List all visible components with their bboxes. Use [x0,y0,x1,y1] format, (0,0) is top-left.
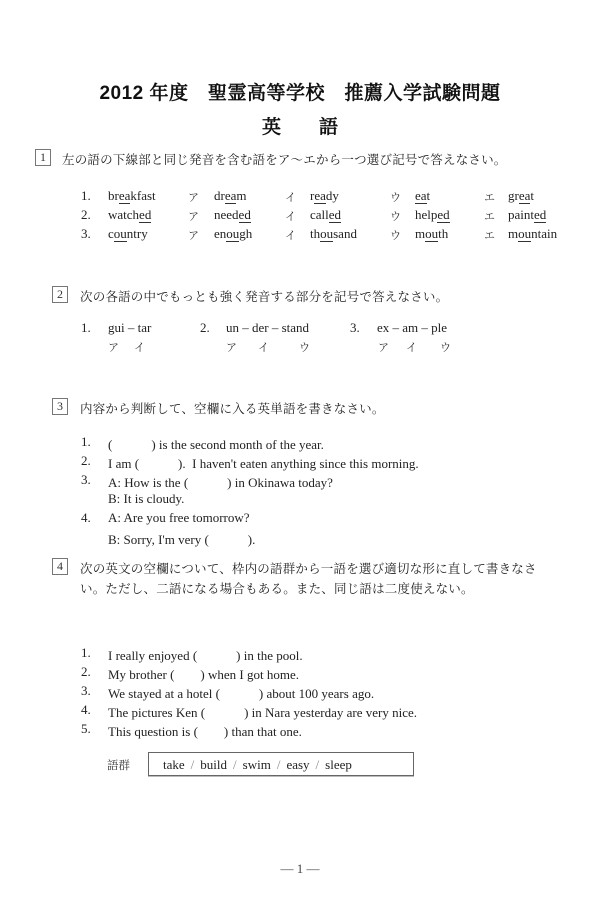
fill-in-sentence: I am ( ). I haven't eaten anything since… [108,453,419,472]
page-number: — 1 — [0,861,600,877]
question-1-row: 1. breakfast ア dream イ ready ウ eat エ gre… [0,188,600,206]
choice-label-a: ア [188,227,199,243]
item-number: 2. [81,664,91,680]
choice-label-i: イ [285,208,296,224]
dialogue-line-b: B: Sorry, I'm very ( ). [108,529,255,548]
choice-u: mouth [415,226,448,242]
word-bank-word: easy [286,757,309,772]
separator: / [185,757,201,772]
question-2-number: 2 [52,286,68,303]
choice-i: ready [310,188,339,204]
item-number: 4. [81,510,91,526]
fill-in-sentence: This question is ( ) than that one. [108,721,302,740]
target-word: breakfast [108,188,156,204]
choice-label-a: ア [188,208,199,224]
target-word: country [108,226,148,242]
item-number: 3. [81,683,91,699]
choice-label-u: ウ [390,227,401,243]
choice-e: mountain [508,226,557,242]
choice-label-e: エ [484,227,495,243]
syllable-label: ア [378,339,389,355]
choice-u: eat [415,188,430,204]
fill-in-sentence: My brother ( ) when I got home. [108,664,299,683]
question-4-number: 4 [52,558,68,575]
dialogue-line-a: A: Are you free tomorrow? [108,510,250,526]
choice-a: enough [214,226,252,242]
question-2-instruction: 次の各語の中でもっとも強く発音する部分を記号で答えなさい。 [80,287,448,305]
word-bank-word: take [163,757,185,772]
word-bank-word: sleep [325,757,352,772]
item-number: 4. [81,702,91,718]
fill-in-sentence: I really enjoyed ( ) in the pool. [108,645,303,664]
choice-u: helped [415,207,450,223]
dialogue-line-b: B: It is cloudy. [108,491,184,507]
word-bank-word: build [200,757,227,772]
item-number: 1. [81,188,91,204]
question-1-row: 3. country ア enough イ thousand ウ mouth エ… [0,226,600,244]
word-bank-box: take/build/swim/easy/sleep [148,752,414,776]
fill-in-sentence: ( ) is the second month of the year. [108,434,324,453]
target-word: watched [108,207,151,223]
item-number: 3. [81,472,91,488]
separator: / [271,757,287,772]
choice-label-a: ア [188,189,199,205]
item-number: 2. [81,453,91,469]
syllable-label: イ [406,339,417,355]
question-3-number: 3 [52,398,68,415]
choice-label-i: イ [285,227,296,243]
dialogue-line-a: A: How is the ( ) in Okinawa today? [108,472,333,491]
word-bank-label: 語群 [107,757,130,773]
choice-label-e: エ [484,208,495,224]
choice-i: thousand [310,226,357,242]
question-2-item: 3. ex – am – ple ア イ ウ [0,320,600,360]
fill-in-sentence: The pictures Ken ( ) in Nara yesterday a… [108,702,417,721]
item-number: 3. [350,320,360,336]
exam-title: 2012 年度 聖霊高等学校 推薦入学試験問題 [0,78,600,105]
choice-label-u: ウ [390,208,401,224]
syllabified-word: ex – am – ple [377,320,447,336]
question-4-instruction-line2: い。ただし、二語になる場合もある。また、同じ語は二度使えない。 [80,579,474,597]
question-1-number: 1 [35,149,51,166]
fill-in-sentence: We stayed at a hotel ( ) about 100 years… [108,683,374,702]
choice-a: dream [214,188,247,204]
item-number: 3. [81,226,91,242]
choice-a: needed [214,207,251,223]
choice-i: called [310,207,341,223]
choice-label-u: ウ [390,189,401,205]
choice-label-e: エ [484,189,495,205]
separator: / [310,757,326,772]
choice-label-i: イ [285,189,296,205]
word-bank-word: swim [243,757,271,772]
question-1-row: 2. watched ア needed イ called ウ helped エ … [0,207,600,225]
item-number: 2. [81,207,91,223]
syllable-label: ウ [440,339,451,355]
item-number: 1. [81,434,91,450]
item-number: 1. [81,645,91,661]
choice-e: painted [508,207,546,223]
choice-e: great [508,188,534,204]
separator: / [227,757,243,772]
question-1-instruction: 左の語の下線部と同じ発音を含む語をア～エから一つ選び記号で答えなさい。 [62,150,507,168]
item-number: 5. [81,721,91,737]
subject-title: 英 語 [0,112,600,139]
question-3-instruction: 内容から判断して、空欄に入る英単語を書きなさい。 [80,399,385,417]
question-4-instruction-line1: 次の英文の空欄について、枠内の語群から一語を選び適切な形に直して書きなさ [80,559,537,577]
